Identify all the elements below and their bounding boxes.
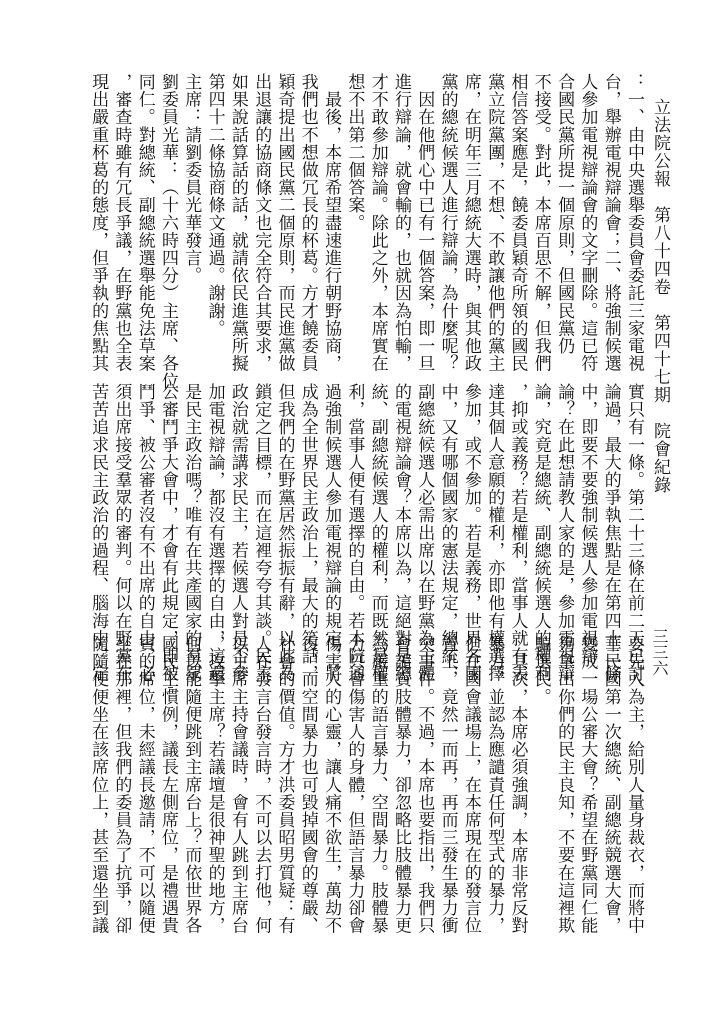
text-column: 席，在明年三月總統大選時，與其他政	[460, 73, 481, 372]
text-column: 力只會傷害人的身體，但語言暴力卻會	[343, 635, 364, 934]
text-column: 會譴責肢體暴力，卻忽略比肢體暴力更	[390, 635, 411, 934]
text-column: 如果說話算話的話，就請依民進黨所擬	[227, 73, 248, 372]
text-column: 想不出第二個答案。	[343, 73, 364, 231]
text-column: 突事件。不過，本席也要指出，我們只	[413, 635, 434, 934]
text-column: 暴力，並認為應譴責任何型式的暴力，	[483, 635, 504, 934]
text-column: ：一、由中央選舉委員會委託三家電視	[623, 73, 644, 372]
text-column: 夠拿出你們的民主良知，不要在這裡欺	[553, 635, 574, 934]
text-column: 社會的價值。方才洪委員昭男質疑：有	[274, 635, 295, 934]
text-column: 中，即要不要強制候選人參加電視辯	[576, 383, 597, 665]
page-number: 三三六	[648, 628, 671, 676]
text-column: 第四十二條協商條文通過。謝謝。	[204, 73, 225, 337]
text-column: 同仁。對總統、副總統選舉能免法草案	[134, 73, 155, 372]
text-column: 要先入為主，給別人量身裁衣，而將中	[623, 635, 644, 934]
text-column: 黨立院黨團，不想、不敢讓他們的黨主	[483, 73, 504, 372]
text-column: 華民國第一次總統、副總統競選大會，	[600, 635, 621, 934]
text-column: 但在國會議場上，在本席現在的發言位	[460, 635, 481, 934]
page-header: 立法院公報 第八十四卷 第四十七期 院會紀錄	[648, 98, 673, 494]
text-column: 才不敢參加辯論。除此之外，本席實在	[367, 73, 388, 372]
text-column: 國民主慣例，議長左側席位，是禮遇貴	[157, 635, 178, 934]
text-column: 賓的席位，未經議長邀請，不可以隨便	[134, 635, 155, 934]
text-column: ，攻擊主席？若議壇是很神聖的地方，	[204, 635, 225, 934]
text-column: 最後，本席希望盡速進行朝野協商，	[320, 73, 341, 372]
text-column: ，審查時雖有冗長爭議，在野黨也全表	[110, 73, 131, 372]
text-column: 人參加電視辯論會的文字刪除。這已符	[576, 73, 597, 372]
text-column: 穎奇提出國民黨二個原則，而民進黨做	[274, 73, 295, 372]
text-column: 何以能隨便跳到主席台上？而依世界各	[180, 635, 201, 934]
text-column: 其次，本席必須強調，本席非常反對	[507, 635, 528, 934]
text-column: 相信答案應是，饒委員穎奇所領的國民	[507, 73, 528, 372]
text-column: 出退讓的協商條文也完全符合其要求，	[250, 73, 271, 372]
text-column: 以主席主持會議時，會有人跳到主席台	[227, 635, 248, 934]
text-column: 因在他們心中已有一個答案，即一旦	[413, 73, 434, 372]
text-column: 台，舉辦電視辯論會；二、將強制候選	[600, 73, 621, 372]
text-column: 變成一場公審大會？希望在野黨同仁能	[576, 635, 597, 934]
text-column: 人在發言台發言時，不可以去打他，何	[250, 635, 271, 934]
text-column: 不接受。對此，本席百思不解，但我們	[530, 73, 551, 372]
text-column: 隨隨便便坐在該席位上，甚至還坐到議	[87, 635, 108, 934]
text-column: 置上，竟然一而再，再而三發生暴力衝	[437, 635, 458, 934]
text-column: 劉委員光華：（十六時四分）主席、各位	[157, 73, 178, 390]
text-column: 為嚴重的語言暴力、空間暴力。肢體暴	[367, 635, 388, 934]
text-column: 黨的總統候選人進行辯論，為什麼呢？	[437, 73, 458, 372]
text-column: 現出嚴重杯葛的態度，但爭執的焦點其	[87, 73, 108, 372]
text-column: 騙選民。	[530, 635, 551, 705]
text-column: 合國民黨所提一個原則，但國民黨仍	[553, 73, 574, 355]
text-column: 復，而空間暴力也可毀掉國會的尊嚴、	[297, 635, 318, 934]
text-column: 進行辯論，就會輸的，也就因為怕輸，	[390, 73, 411, 372]
text-column: 坐在那裡，但我們的委員為了抗爭，卻	[110, 635, 131, 934]
text-column: 我們也不想做冗長的杯葛。方才饒委員	[297, 73, 318, 372]
text-column: 傷害人的心靈，讓人痛不欲生，萬劫不	[320, 635, 341, 934]
text-column: 主席：請劉委員光華發言。	[180, 73, 201, 284]
